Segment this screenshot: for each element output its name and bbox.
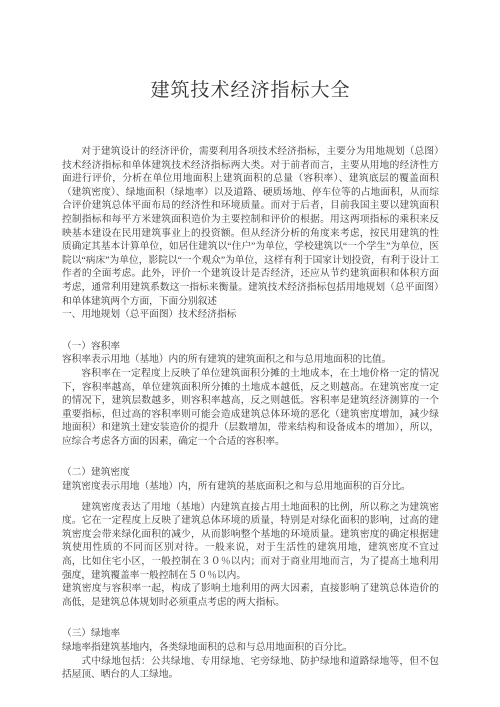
section-paragraph: 式中绿地包括：公共绿地、专用绿地、宅旁绿地、防护绿地和道路绿地等，但不包括屋顶、… — [62, 655, 439, 682]
section-paragraph: 容积率在一定程度上反映了单位建筑面积分摊的土地成本，在土地价格一定的情况下，容积… — [62, 367, 439, 449]
document-page: 建筑技术经济指标大全 对于建筑设计的经济评价，需要利用各项技术经济指标，主要分为… — [0, 0, 500, 707]
section-paragraph: 建筑密度表达了用地（基地）内建筑直接占用土地面积的比例，所以称之为建筑密度。它在… — [62, 501, 439, 583]
section-definition: 建筑密度表示用地（基地）内，所有建筑的基底面积之和与总用地面积的百分比。 — [62, 480, 439, 494]
section-definition: 容积率表示用地（基地）内的所有建筑的建筑面积之和与总用地面积的比值。 — [62, 353, 439, 367]
page-title: 建筑技术经济指标大全 — [62, 78, 439, 103]
intro-paragraph: 对于建筑设计的经济评价，需要利用各项技术经济指标，主要分为用地规划（总图）技术经… — [62, 145, 439, 308]
section-heading: （三）绿地率 — [62, 627, 439, 641]
part-1-heading: 一、用地规划（总平面图）技术经济指标 — [62, 308, 439, 322]
section-heading: （二）建筑密度 — [62, 466, 439, 480]
document-content: 建筑技术经济指标大全 对于建筑设计的经济评价，需要利用各项技术经济指标，主要分为… — [62, 0, 439, 682]
section-heading: （一）容积率 — [62, 340, 439, 354]
section-definition: 绿地率指建筑基地内，各类绿地面积的总和与总用地面积的百分比。 — [62, 641, 439, 655]
section-plot-ratio: （一）容积率 容积率表示用地（基地）内的所有建筑的建筑面积之和与总用地面积的比值… — [62, 340, 439, 449]
section-building-density: （二）建筑密度 建筑密度表示用地（基地）内，所有建筑的基底面积之和与总用地面积的… — [62, 466, 439, 609]
section-paragraph: 建筑密度与容积率一起，构成了影响土地利用的两大因素，直接影响了建筑总体造价的高低… — [62, 582, 439, 609]
section-green-space-ratio: （三）绿地率 绿地率指建筑基地内，各类绿地面积的总和与总用地面积的百分比。 式中… — [62, 627, 439, 681]
